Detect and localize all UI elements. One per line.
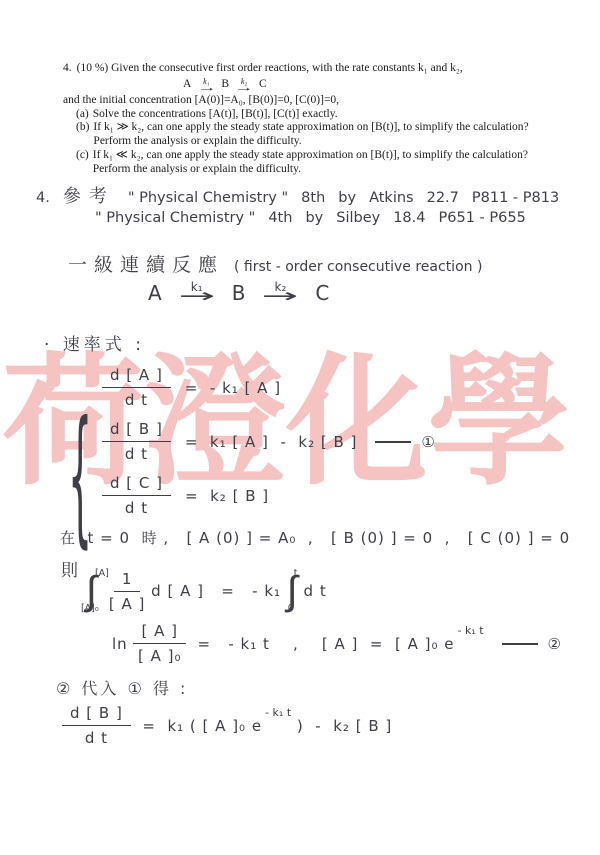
species-c: C xyxy=(315,281,329,305)
item-text: If k₁ ≫ k₂, can one apply the steady sta… xyxy=(93,121,553,149)
substitution-heading: ② 代入 ① 得 : xyxy=(56,676,188,699)
arrow-icon: → xyxy=(262,288,299,305)
upper-limit: t xyxy=(294,568,298,579)
printed-reaction-scheme: A k₁ → B k₂ → C xyxy=(183,78,553,92)
arrow-icon: → xyxy=(178,288,215,305)
ln-operator: ln xyxy=(112,635,133,653)
species-a: A xyxy=(183,78,191,92)
ln-equals-part: = - k₁ t , xyxy=(186,635,299,653)
reference-line-2: " Physical Chemistry " 4th by Silbey 18.… xyxy=(95,210,526,226)
integral-over-t: ∫ t 0 xyxy=(287,568,298,614)
species-a: A xyxy=(148,281,162,305)
integral-limits: [A] [A]₀ xyxy=(97,568,109,614)
species-c: C xyxy=(259,78,267,92)
problem-item-b: (b) If k₁ ≫ k₂, can one apply the steady… xyxy=(76,121,553,149)
item-label: (c) xyxy=(76,149,89,177)
final-equation: d [ B ] d t = k₁ ( [ A ]₀ e - k₁ t ) - k… xyxy=(62,704,392,747)
ln-result-line: ln [ A ] [ A ]₀ = - k₁ t , [ A ] = [ A ]… xyxy=(112,622,561,665)
derivative-fraction: d [ C ] d t xyxy=(102,474,171,517)
book-title: " Physical Chemistry " xyxy=(95,210,255,226)
A-solution-exponent: - k₁ t xyxy=(457,624,483,637)
printed-problem: 4. (10 %) Given the consecutive first or… xyxy=(63,62,553,177)
A-solution-base: [ A ] = [ A ]₀ e xyxy=(299,635,455,653)
book-edition: 4th xyxy=(268,210,292,226)
arrow-icon: → xyxy=(197,84,217,92)
ode-equation-b: d [ B ] d t = k₁ [ A ] - k₂ [ B ] ① xyxy=(102,420,435,463)
equation-rhs: = - k₁ [ A ] xyxy=(185,379,281,397)
fraction-numerator: d [ A ] xyxy=(102,366,171,388)
book-chapter: 18.4 xyxy=(393,210,425,226)
reference-line-1: 4. 參考 " Physical Chemistry " 8th by Atki… xyxy=(36,182,559,208)
reaction-arrow-k1: k₁ → xyxy=(170,281,224,305)
equation-rhs: = k₁ [ A ] - k₂ [ B ] xyxy=(185,433,358,451)
topic-english: ( first - order consecutive reaction ) xyxy=(234,259,482,275)
book-edition: 8th xyxy=(301,190,325,206)
item-label: (b) xyxy=(76,121,89,149)
equation-tag-1: ① xyxy=(421,433,434,451)
lower-limit: [A]₀ xyxy=(81,603,99,614)
fraction-numerator: d [ B ] xyxy=(62,704,131,726)
initial-concentration-line: and the initial concentration [A(0)]=A₀,… xyxy=(63,94,553,108)
fraction-denominator: d t xyxy=(125,388,148,409)
species-b: B xyxy=(221,78,229,92)
final-rhs-base: = k₁ ( [ A ]₀ e xyxy=(131,717,262,735)
derivative-fraction: d [ A ] d t xyxy=(102,366,171,409)
one-over-A-fraction: 1 [ A ] xyxy=(109,570,146,613)
book-pages: P651 - P655 xyxy=(439,210,526,226)
book-author: Atkins xyxy=(369,190,414,206)
rate-law-heading: · 速率式 : xyxy=(44,330,145,355)
derivative-fraction: d [ B ] d t xyxy=(62,704,131,747)
book-author: Silbey xyxy=(336,210,380,226)
species-b: B xyxy=(232,281,246,305)
fraction-denominator: d t xyxy=(125,496,148,517)
integration-line: ∫ [A] [A]₀ 1 [ A ] d [ A ] = - k₁ ∫ t 0 … xyxy=(86,568,327,614)
ode-system: { d [ A ] d t = - k₁ [ A ] d [ B ] d t =… xyxy=(72,366,435,528)
upper-limit: [A] xyxy=(95,568,109,579)
fraction-denominator: d t xyxy=(85,726,108,747)
item-text: Solve the concentrations [A(t)], [B(t)],… xyxy=(93,108,338,122)
item-text: If k₁ ≪ k₂, can one apply the steady sta… xyxy=(93,149,553,177)
topic-chinese: 一級連續反應 xyxy=(68,250,224,277)
page-content: 4. (10 %) Given the consecutive first or… xyxy=(0,0,600,855)
book-title: " Physical Chemistry " xyxy=(128,190,288,206)
integration-middle: d [ A ] = - k₁ xyxy=(145,582,286,600)
problem-intro-line: 4. (10 %) Given the consecutive first or… xyxy=(63,62,553,76)
arrow-icon: → xyxy=(234,84,254,92)
problem-item-c: (c) If k₁ ≪ k₂, can one apply the steady… xyxy=(76,149,553,177)
item-label: (a) xyxy=(76,108,89,122)
derivative-fraction: d [ B ] d t xyxy=(102,420,171,463)
handwritten-reaction-scheme: A k₁ → B k₂ → C xyxy=(148,281,329,305)
fraction-denominator: [ A ]₀ xyxy=(138,644,182,665)
tag-dash xyxy=(375,441,411,443)
by-word: by xyxy=(338,190,356,206)
reaction-arrow-k1: k₁ → xyxy=(194,78,218,92)
fraction-numerator: d [ B ] xyxy=(102,420,171,442)
fraction-numerator: [ A ] xyxy=(133,622,186,644)
final-rhs-exponent: - k₁ t xyxy=(265,706,291,719)
fraction-denominator: d t xyxy=(125,442,148,463)
fraction-numerator: 1 xyxy=(114,570,141,592)
A-ratio-fraction: [ A ] [ A ]₀ xyxy=(133,622,186,665)
equation-rhs: = k₂ [ B ] xyxy=(185,487,269,505)
book-pages: P811 - P813 xyxy=(472,190,559,206)
lower-limit: 0 xyxy=(288,603,294,614)
reaction-arrow-k2: k₂ → xyxy=(253,281,307,305)
fraction-numerator: d [ C ] xyxy=(102,474,171,496)
tag-dash xyxy=(502,643,538,645)
integral-over-A: ∫ [A] [A]₀ xyxy=(86,568,109,614)
then-word: 則 xyxy=(61,556,78,581)
by-word: by xyxy=(305,210,323,226)
final-rhs-end: ) - k₂ [ B ] xyxy=(291,717,392,735)
reference-word: 參考 xyxy=(63,182,115,208)
problem-intro-text: (10 %) Given the consecutive first order… xyxy=(77,62,463,76)
topic-heading: 一級連續反應 ( first - order consecutive react… xyxy=(68,250,482,277)
book-chapter: 22.7 xyxy=(427,190,459,206)
scanned-homework-page: 荷澄化學 4. (10 %) Given the consecutive fir… xyxy=(0,0,600,855)
initial-condition-line: 在 t = 0 時 , [ A (0) ] = A₀ , [ B (0) ] =… xyxy=(60,527,570,548)
integration-end: d t xyxy=(298,582,327,600)
fraction-denominator: [ A ] xyxy=(109,592,146,613)
ode-equation-c: d [ C ] d t = k₂ [ B ] xyxy=(102,474,435,517)
problem-number: 4. xyxy=(63,62,72,76)
problem-item-a: (a) Solve the concentrations [A(t)], [B(… xyxy=(76,108,553,122)
ode-equation-a: d [ A ] d t = - k₁ [ A ] xyxy=(102,366,435,409)
equation-tag-2: ② xyxy=(548,635,561,653)
reaction-arrow-k2: k₂ → xyxy=(232,78,256,92)
answer-number: 4. xyxy=(36,190,50,206)
